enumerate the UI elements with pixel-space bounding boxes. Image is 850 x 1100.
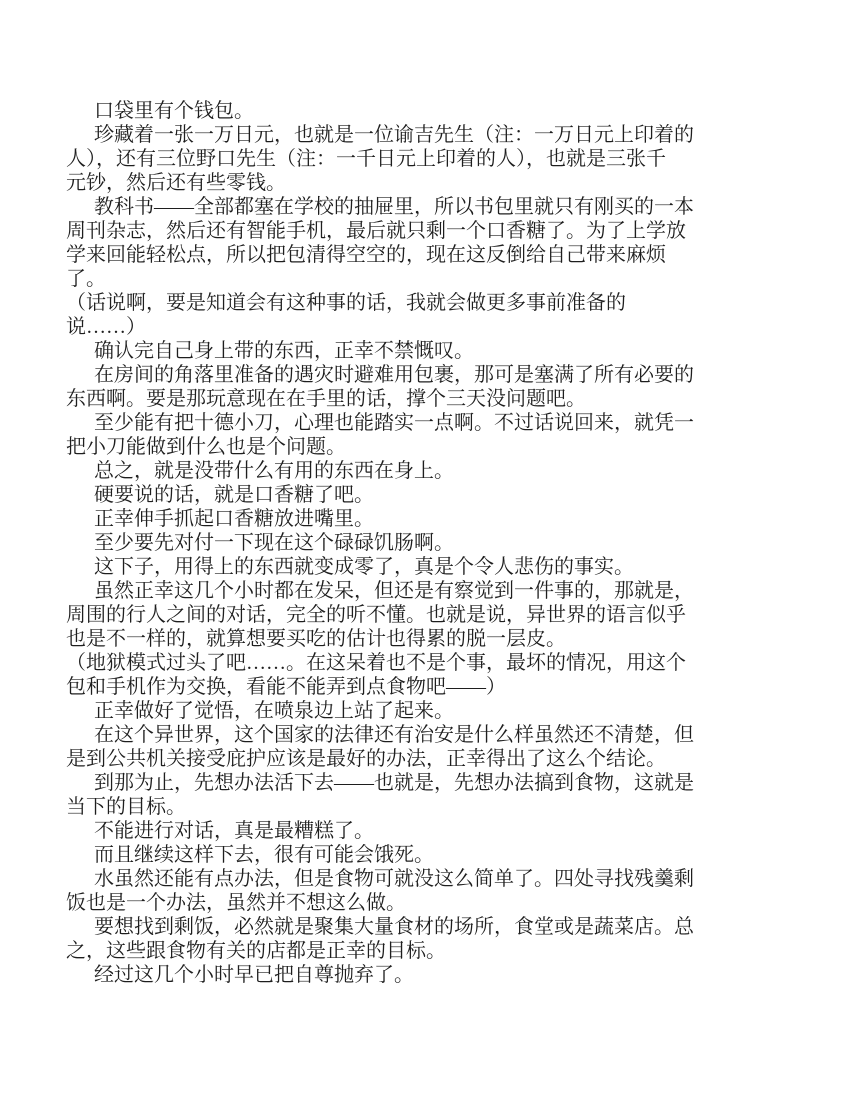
text-line: 正幸做好了觉悟，在喷泉边上站了起来。 xyxy=(66,699,786,723)
text-line: 周刊杂志，然后还有智能手机，最后就只剩一个口香糖了。为了上学放 xyxy=(66,219,786,243)
text-line: 把小刀能做到什么也是个问题。 xyxy=(66,435,786,459)
text-line: 当下的目标。 xyxy=(66,795,786,819)
text-line: 说……） xyxy=(66,315,786,339)
text-line: 饭也是一个办法，虽然并不想这么做。 xyxy=(66,891,786,915)
text-line: 水虽然还能有点办法，但是食物可就没这么简单了。四处寻找残羹剩 xyxy=(66,867,786,891)
text-line: 了。 xyxy=(66,267,786,291)
text-line: 这下子，用得上的东西就变成零了，真是个令人悲伤的事实。 xyxy=(66,555,786,579)
text-line: 周围的行人之间的对话，完全的听不懂。也就是说，异世界的语言似乎 xyxy=(66,603,786,627)
text-line: 而且继续这样下去，很有可能会饿死。 xyxy=(66,843,786,867)
text-line: 教科书——全部都塞在学校的抽屉里，所以书包里就只有刚买的一本 xyxy=(66,195,786,219)
text-line: 硬要说的话，就是口香糖了吧。 xyxy=(66,483,786,507)
text-line: 正幸伸手抓起口香糖放进嘴里。 xyxy=(66,507,786,531)
text-line: 至少能有把十德小刀，心理也能踏实一点啊。不过话说回来，就凭一 xyxy=(66,411,786,435)
text-line: 珍藏着一张一万日元，也就是一位谕吉先生（注：一万日元上印着的 xyxy=(66,123,786,147)
text-line: 经过这几个小时早已把自尊抛弃了。 xyxy=(66,963,786,987)
text-line: 不能进行对话，真是最糟糕了。 xyxy=(66,819,786,843)
text-line: 口袋里有个钱包。 xyxy=(66,99,786,123)
text-line: 至少要先对付一下现在这个碌碌饥肠啊。 xyxy=(66,531,786,555)
text-line: 学来回能轻松点，所以把包清得空空的，现在这反倒给自己带来麻烦 xyxy=(66,243,786,267)
text-block: 口袋里有个钱包。珍藏着一张一万日元，也就是一位谕吉先生（注：一万日元上印着的人）… xyxy=(66,99,786,987)
text-line: 元钞，然后还有些零钱。 xyxy=(66,171,786,195)
text-line: 虽然正幸这几个小时都在发呆，但还是有察觉到一件事的，那就是， xyxy=(66,579,786,603)
text-line: 在房间的角落里准备的遇灾时避难用包裹，那可是塞满了所有必要的 xyxy=(66,363,786,387)
text-line: 是到公共机关接受庇护应该是最好的办法，正幸得出了这么个结论。 xyxy=(66,747,786,771)
text-line: 包和手机作为交换，看能不能弄到点食物吧——） xyxy=(66,675,786,699)
text-line: 要想找到剩饭，必然就是聚集大量食材的场所，食堂或是蔬菜店。总 xyxy=(66,915,786,939)
text-line: 总之，就是没带什么有用的东西在身上。 xyxy=(66,459,786,483)
text-line: 也是不一样的，就算想要买吃的估计也得累的脱一层皮。 xyxy=(66,627,786,651)
text-line: 在这个异世界，这个国家的法律还有治安是什么样虽然还不清楚，但 xyxy=(66,723,786,747)
document-page: 口袋里有个钱包。珍藏着一张一万日元，也就是一位谕吉先生（注：一万日元上印着的人）… xyxy=(0,0,850,1100)
text-line: 东西啊。要是那玩意现在在手里的话，撑个三天没问题吧。 xyxy=(66,387,786,411)
text-line: 确认完自己身上带的东西，正幸不禁慨叹。 xyxy=(66,339,786,363)
text-line: （地狱模式过头了吧……。在这呆着也不是个事，最坏的情况，用这个 xyxy=(66,651,786,675)
text-line: （话说啊，要是知道会有这种事的话，我就会做更多事前准备的 xyxy=(66,291,786,315)
text-line: 之，这些跟食物有关的店都是正幸的目标。 xyxy=(66,939,786,963)
text-line: 到那为止，先想办法活下去——也就是，先想办法搞到食物，这就是 xyxy=(66,771,786,795)
text-line: 人），还有三位野口先生（注：一千日元上印着的人），也就是三张千 xyxy=(66,147,786,171)
